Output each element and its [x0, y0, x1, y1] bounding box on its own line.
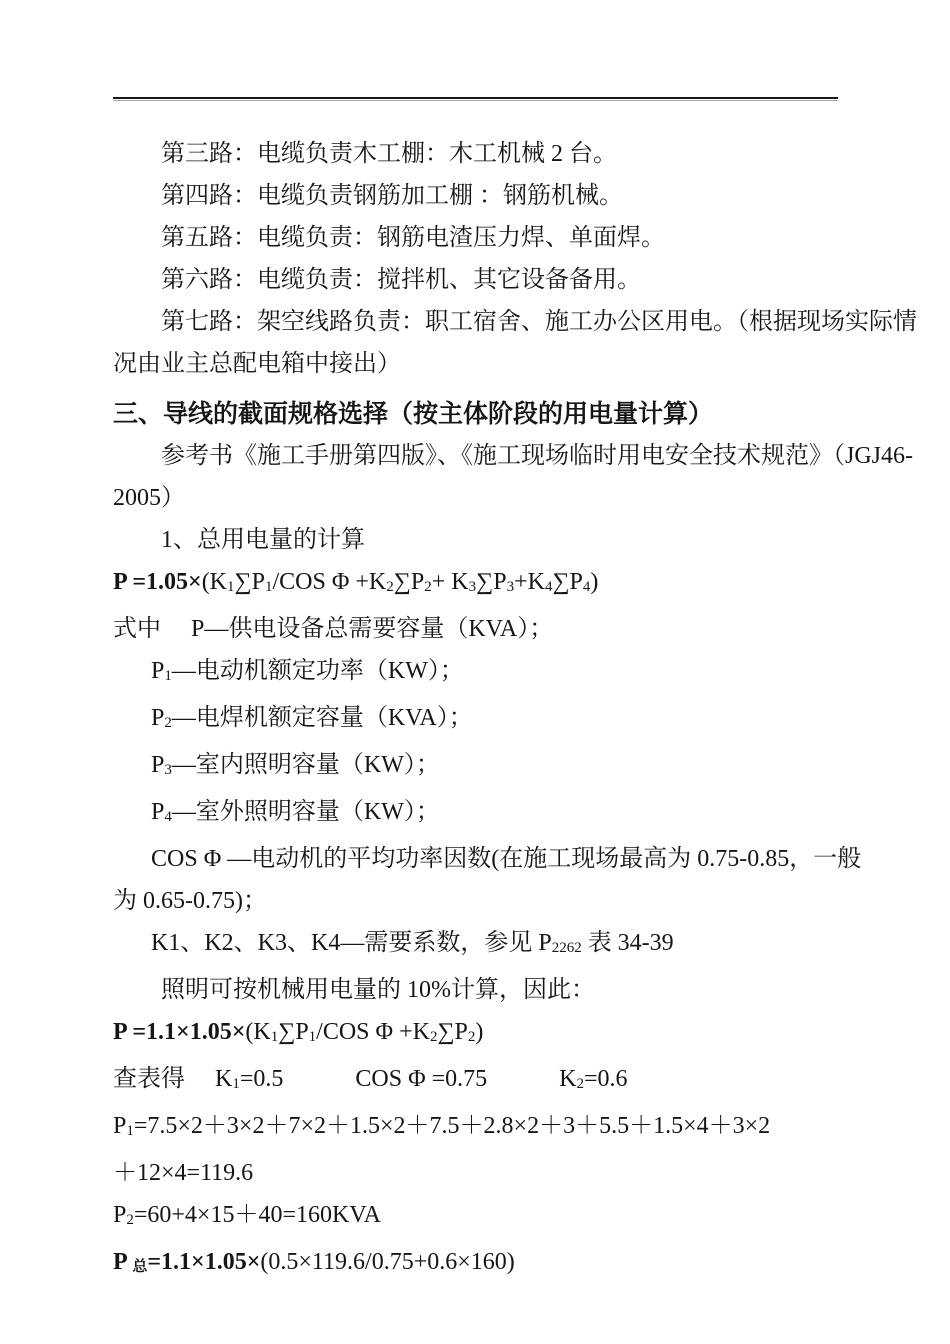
text-run: (K [245, 1019, 270, 1045]
text-run: 总 [132, 1259, 147, 1275]
text-run: ∑P [552, 569, 582, 595]
text-run: /COS Φ +K [272, 569, 386, 595]
paragraph-line: 查表得 K1=0.5 COS Φ =0.75 K2=0.6 [113, 1058, 850, 1105]
text-run: (K [202, 569, 227, 595]
text-run: ∑P [394, 569, 424, 595]
text-run: P =1.1×1.05× [113, 1019, 245, 1045]
text-run: P [113, 1113, 126, 1139]
text-run: ∑P [437, 1019, 467, 1045]
paragraph-line: K1、K2、K3、K4—需要系数，参见 P2262 表 34-39 [113, 922, 850, 969]
text-run: 参考书《施工手册第四版》、《施工现场临时用电安全技术规范》（JGJ46- [161, 443, 913, 469]
paragraph-line: 况由业主总配电箱中接出） [113, 343, 850, 385]
document-body: 第三路：电缆负责木工棚：木工机械 2 台。第四路：电缆负责钢筋加工棚 ：钢筋机械… [113, 133, 850, 1288]
text-run: 第三路：电缆负责木工棚：木工机械 2 台。 [161, 141, 617, 167]
text-run: 第五路：电缆负责：钢筋电渣压力焊、单面焊。 [161, 225, 665, 251]
paragraph-line: P1—电动机额定功率（KW）； [113, 650, 850, 697]
paragraph-line: 1、总用电量的计算 [113, 519, 850, 561]
paragraph-line: 式中 P—供电设备总需要容量（KVA）； [113, 608, 850, 650]
text-run: 3 [507, 579, 515, 595]
text-run: +K [514, 569, 545, 595]
paragraph-line: 第六路：电缆负责：搅拌机、其它设备备用。 [113, 259, 850, 301]
text-run: 为 0.65-0.75)； [113, 888, 267, 914]
text-run: 查表得 K [113, 1066, 232, 1092]
text-run: P [151, 705, 164, 731]
text-run: (0.5×119.6/0.75+0.6×160) [260, 1249, 514, 1275]
text-run: ) [475, 1019, 483, 1045]
section-heading: 三、导线的截面规格选择（按主体阶段的用电量计算） [113, 393, 850, 435]
text-run: P [113, 1249, 132, 1275]
text-run: /COS Φ +K [316, 1019, 430, 1045]
text-run: 第七路：架空线路负责：职工宿舍、施工办公区用电。（根据现场实际情 [161, 309, 917, 335]
text-run: 照明可按机械用电量的 10%计算，因此： [161, 977, 595, 1003]
text-run: 2005） [113, 485, 185, 511]
text-run: =0.5 COS Φ =0.75 K [240, 1066, 577, 1092]
text-run: ∑P [278, 1019, 308, 1045]
text-run: 第六路：电缆负责：搅拌机、其它设备备用。 [161, 267, 641, 293]
header-rule [113, 97, 838, 101]
text-run: 况由业主总配电箱中接出） [113, 351, 401, 377]
text-run: =0.6 [584, 1066, 628, 1092]
paragraph-line: 照明可按机械用电量的 10%计算，因此： [113, 969, 850, 1011]
text-run: 3 [469, 579, 477, 595]
text-run: —室内照明容量（KW）； [172, 752, 440, 778]
document-page: 第三路：电缆负责木工棚：木工机械 2 台。第四路：电缆负责钢筋加工棚 ：钢筋机械… [0, 0, 950, 1344]
text-run: + K [432, 569, 469, 595]
paragraph-line: 第四路：电缆负责钢筋加工棚 ：钢筋机械。 [113, 175, 850, 217]
text-run: ∑P [476, 569, 506, 595]
text-run: 2 [576, 1076, 584, 1092]
text-run: 式中 P—供电设备总需要容量（KVA）； [113, 616, 553, 642]
text-run: 2 [164, 715, 172, 731]
text-run: COS Φ —电动机的平均功率因数(在施工现场最高为 0.75-0.85，一般 [151, 846, 861, 872]
paragraph-line: ＋12×4=119.6 [113, 1152, 850, 1194]
text-run: 1 [232, 1076, 240, 1092]
text-run: 1、总用电量的计算 [161, 527, 365, 553]
text-run: 1 [126, 1123, 134, 1139]
paragraph-line: P =1.05×(K1∑P1/COS Φ +K2∑P2+ K3∑P3+K4∑P4… [113, 561, 850, 608]
paragraph-line: COS Φ —电动机的平均功率因数(在施工现场最高为 0.75-0.85，一般 [113, 838, 850, 880]
text-run: P [151, 658, 164, 684]
text-run: 三、导线的截面规格选择（按主体阶段的用电量计算） [113, 400, 713, 428]
text-run: 1 [227, 579, 235, 595]
text-run: ) [590, 569, 598, 595]
text-run: P [151, 799, 164, 825]
paragraph-line: 为 0.65-0.75)； [113, 880, 850, 922]
paragraph-line: 第三路：电缆负责木工棚：木工机械 2 台。 [113, 133, 850, 175]
text-run: =1.1×1.05× [147, 1249, 260, 1275]
text-run: 2 [126, 1212, 134, 1228]
text-run: —电焊机额定容量（KVA）； [172, 705, 473, 731]
text-run: P [113, 1202, 126, 1228]
paragraph-line: P3—室内照明容量（KW）； [113, 744, 850, 791]
text-run: 第四路：电缆负责钢筋加工棚 ：钢筋机械。 [161, 183, 623, 209]
text-run: P =1.05× [113, 569, 202, 595]
text-run: 1 [164, 668, 172, 684]
text-run: 2 [386, 579, 394, 595]
paragraph-line: P2=60+4×15＋40=160KVA [113, 1194, 850, 1241]
text-run: 2262 [552, 940, 582, 956]
text-run: ＋12×4=119.6 [113, 1160, 253, 1186]
text-run: =60+4×15＋40=160KVA [134, 1202, 381, 1228]
paragraph-line: P =1.1×1.05×(K1∑P1/COS Φ +K2∑P2) [113, 1011, 850, 1058]
text-run: P [151, 752, 164, 778]
text-run: ∑P [235, 569, 265, 595]
paragraph-line: P2—电焊机额定容量（KVA）； [113, 697, 850, 744]
paragraph-line: P1=7.5×2＋3×2＋7×2＋1.5×2＋7.5＋2.8×2＋3＋5.5＋1… [113, 1105, 850, 1152]
text-run: 3 [164, 762, 172, 778]
text-run: K1、K2、K3、K4—需要系数，参见 P [151, 930, 552, 956]
text-run: 2 [424, 579, 432, 595]
text-run: —电动机额定功率（KW）； [172, 658, 464, 684]
text-run: 4 [164, 809, 172, 825]
text-run: 表 34-39 [582, 930, 674, 956]
paragraph-line: 第五路：电缆负责：钢筋电渣压力焊、单面焊。 [113, 217, 850, 259]
paragraph-line: 参考书《施工手册第四版》、《施工现场临时用电安全技术规范》（JGJ46- [113, 435, 850, 477]
text-run: =7.5×2＋3×2＋7×2＋1.5×2＋7.5＋2.8×2＋3＋5.5＋1.5… [134, 1113, 770, 1139]
paragraph-line: 第七路：架空线路负责：职工宿舍、施工办公区用电。（根据现场实际情 [113, 301, 850, 343]
paragraph-line: 2005） [113, 477, 850, 519]
paragraph-line: P4—室外照明容量（KW）； [113, 791, 850, 838]
text-run: —室外照明容量（KW）； [172, 799, 440, 825]
paragraph-line: P 总=1.1×1.05×(0.5×119.6/0.75+0.6×160) [113, 1241, 850, 1288]
